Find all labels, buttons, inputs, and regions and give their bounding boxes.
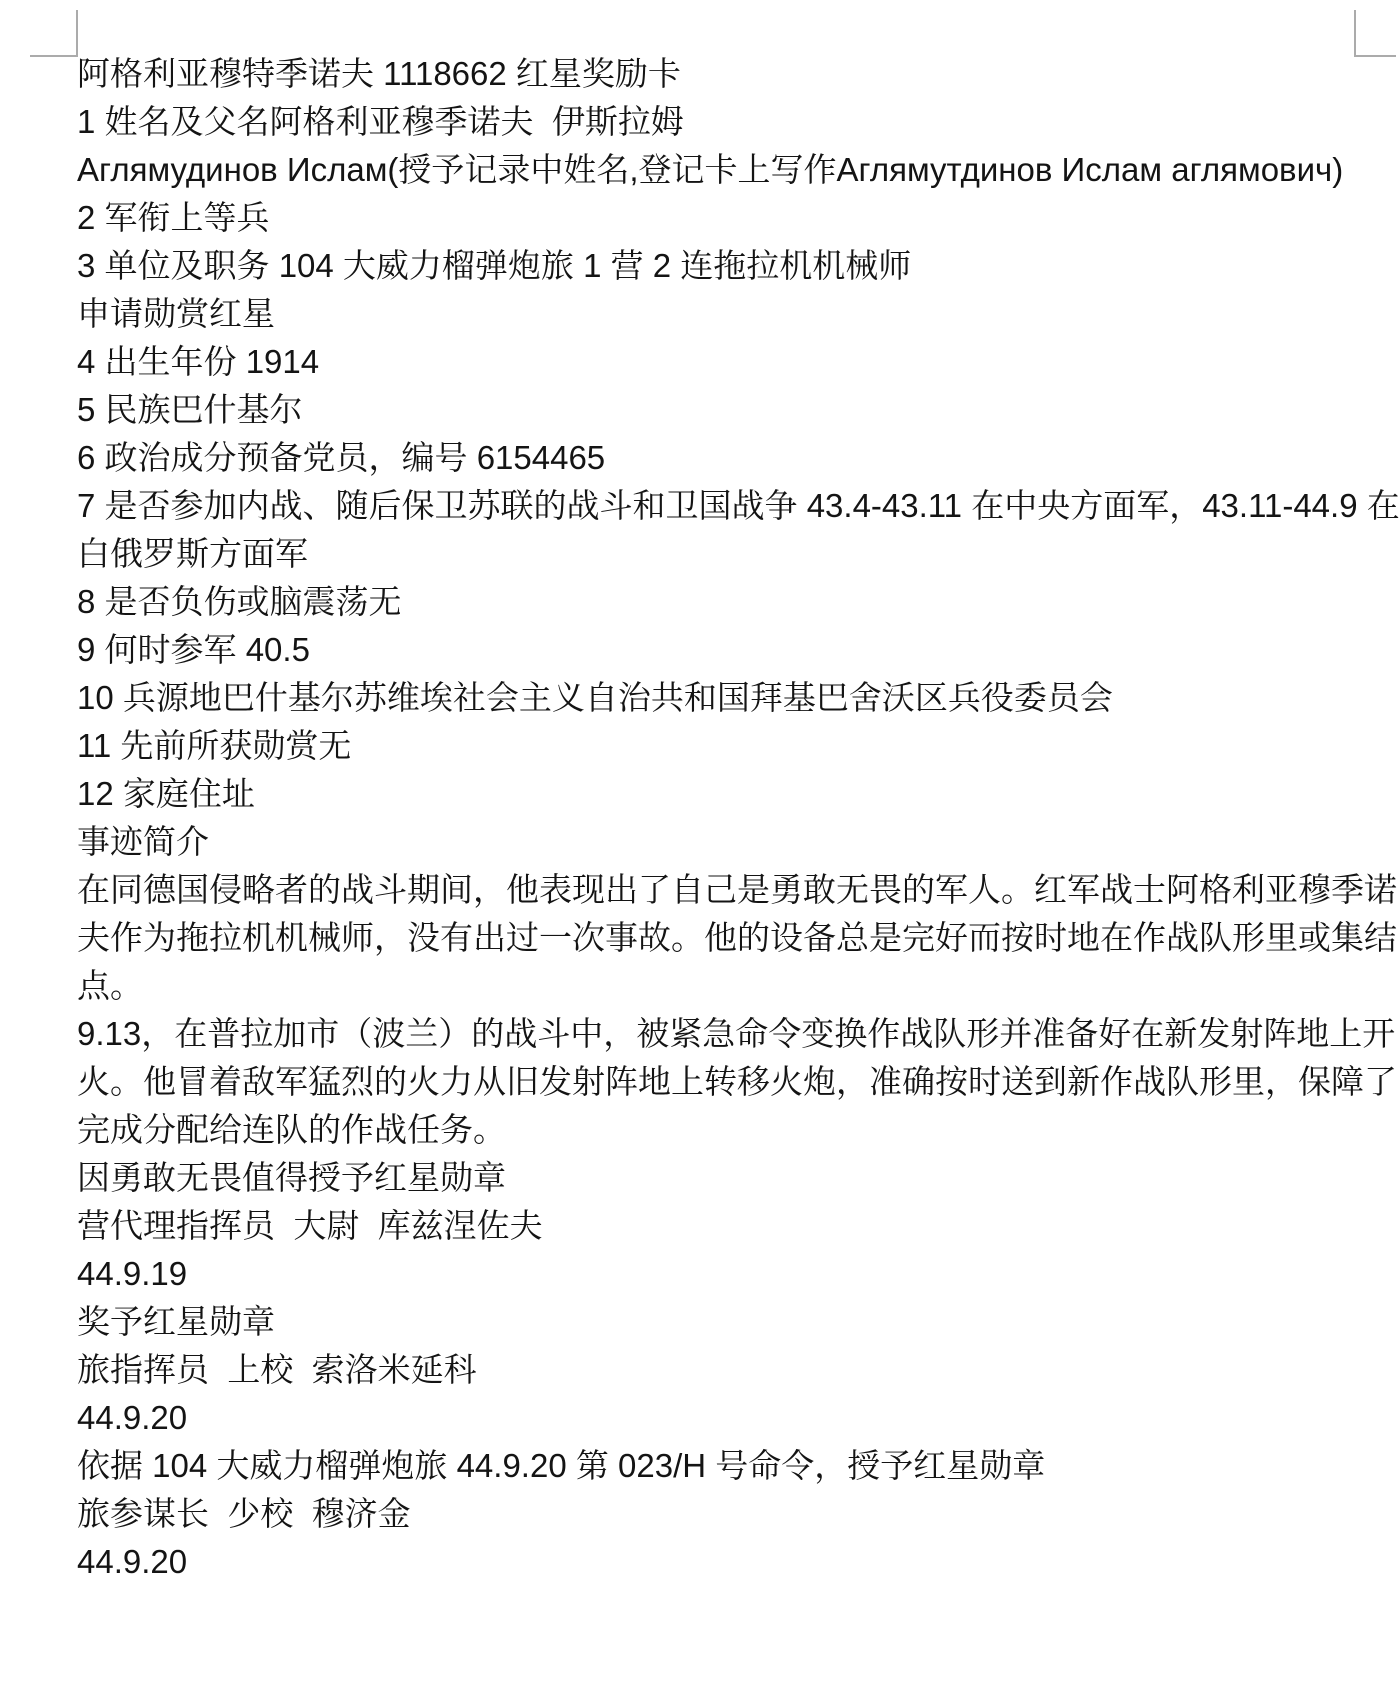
text-line: 旅参谋长 少校 穆济金 — [77, 1490, 1387, 1538]
text-line: 完成分配给连队的作战任务。 — [77, 1106, 1387, 1154]
text-line: 9 何时参军 40.5 — [77, 626, 1387, 674]
text-line: 火。他冒着敌军猛烈的火力从旧发射阵地上转移火炮，准确按时送到新作战队形里，保障了 — [77, 1058, 1387, 1106]
text-line: 阿格利亚穆特季诺夫 1118662 红星奖励卡 — [77, 50, 1387, 98]
text-line: 营代理指挥员 大尉 库兹涅佐夫 — [77, 1202, 1387, 1250]
text-line: 3 单位及职务 104 大威力榴弹炮旅 1 营 2 连拖拉机机械师 — [77, 242, 1387, 290]
text-line: 事迹简介 — [77, 818, 1387, 866]
text-line: 夫作为拖拉机机械师，没有出过一次事故。他的设备总是完好而按时地在作战队形里或集结 — [77, 914, 1387, 962]
text-line: Аглямудинов Ислам(授予记录中姓名,登记卡上写作Аглямутд… — [77, 146, 1387, 194]
text-line: 8 是否负伤或脑震荡无 — [77, 578, 1387, 626]
text-line: 在同德国侵略者的战斗期间，他表现出了自己是勇敢无畏的军人。红军战士阿格利亚穆季诺 — [77, 866, 1387, 914]
text-line: 申请勋赏红星 — [77, 290, 1387, 338]
text-line: 旅指挥员 上校 索洛米延科 — [77, 1346, 1387, 1394]
text-line: 6 政治成分预备党员，编号 6154465 — [77, 434, 1387, 482]
crop-mark-top-left — [30, 10, 78, 57]
text-line: 2 军衔上等兵 — [77, 194, 1387, 242]
text-line: 44.9.20 — [77, 1538, 1387, 1586]
text-line: 44.9.19 — [77, 1250, 1387, 1298]
text-line: 4 出生年份 1914 — [77, 338, 1387, 386]
document-body: 阿格利亚穆特季诺夫 1118662 红星奖励卡 1 姓名及父名阿格利亚穆季诺夫 … — [77, 50, 1387, 1586]
document-page: { "page": { "background": "#ffffff", "te… — [0, 0, 1400, 1681]
text-line: 44.9.20 — [77, 1394, 1387, 1442]
text-line: 5 民族巴什基尔 — [77, 386, 1387, 434]
text-line: 11 先前所获勋赏无 — [77, 722, 1387, 770]
text-line: 10 兵源地巴什基尔苏维埃社会主义自治共和国拜基巴舍沃区兵役委员会 — [77, 674, 1387, 722]
text-line: 9.13，在普拉加市（波兰）的战斗中，被紧急命令变换作战队形并准备好在新发射阵地… — [77, 1010, 1387, 1058]
text-line: 1 姓名及父名阿格利亚穆季诺夫 伊斯拉姆 — [77, 98, 1387, 146]
text-line: 点。 — [77, 962, 1387, 1010]
text-line: 白俄罗斯方面军 — [77, 530, 1387, 578]
text-line: 奖予红星勋章 — [77, 1298, 1387, 1346]
text-line: 依据 104 大威力榴弹炮旅 44.9.20 第 023/H 号命令，授予红星勋… — [77, 1442, 1387, 1490]
text-line: 12 家庭住址 — [77, 770, 1387, 818]
text-line: 7 是否参加内战、随后保卫苏联的战斗和卫国战争 43.4-43.11 在中央方面… — [77, 482, 1387, 530]
text-line: 因勇敢无畏值得授予红星勋章 — [77, 1154, 1387, 1202]
